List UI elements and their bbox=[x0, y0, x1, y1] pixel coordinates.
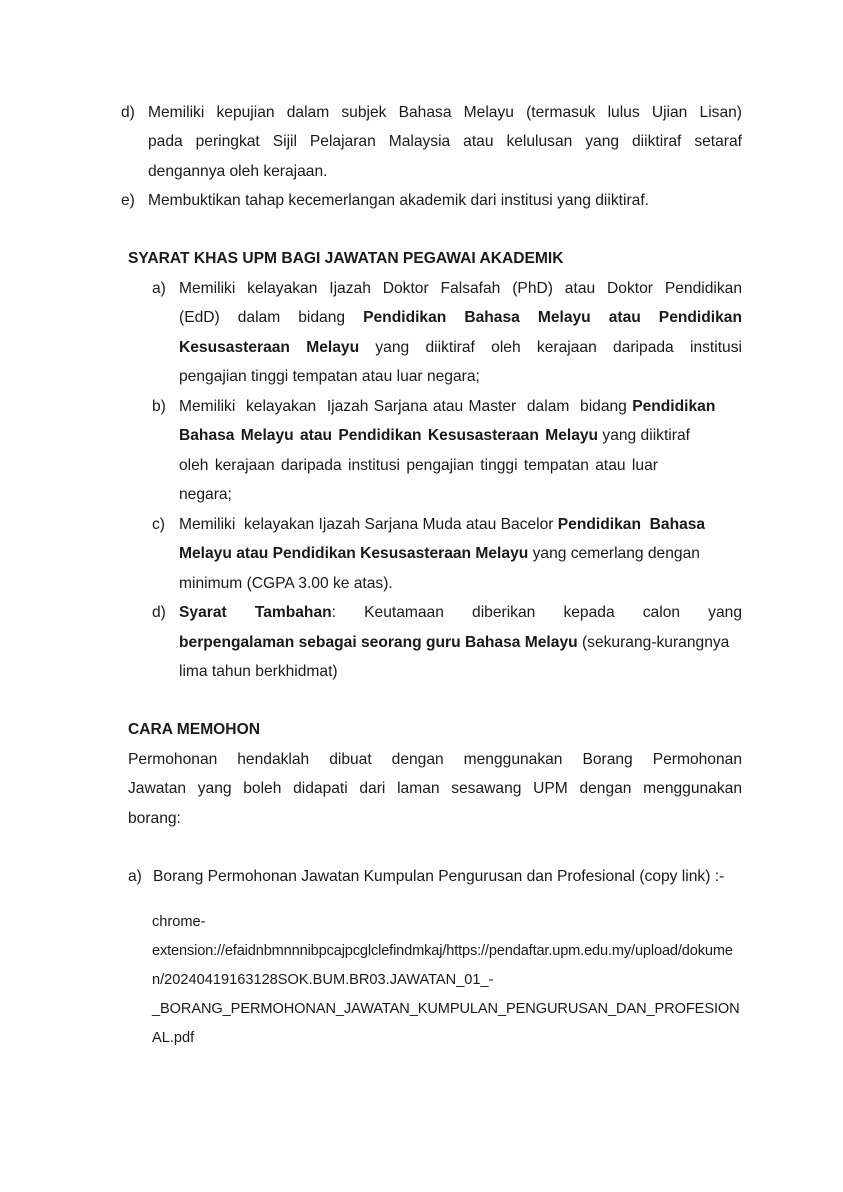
cara-memohon-line-3: borang: bbox=[128, 809, 181, 829]
form-link-line-3[interactable]: n/20240419163128SOK.BUM.BR03.JAWATAN_01_… bbox=[152, 970, 494, 990]
requirement-d-line-3: dengannya oleh kerajaan. bbox=[148, 162, 327, 182]
item-a-line-3: Kesusasteraan Melayu yang diiktiraf oleh… bbox=[179, 338, 742, 358]
bold-text: Melayu atau Pendidikan Kesusasteraan Mel… bbox=[179, 545, 528, 562]
item-b-line-4: negara; bbox=[179, 485, 232, 505]
list-marker: e) bbox=[121, 191, 135, 211]
list-marker: c) bbox=[152, 515, 165, 535]
item-d-line-1: Syarat Tambahan: Keutamaan diberikan kep… bbox=[179, 603, 742, 623]
item-b-line-2: Bahasa Melayu atau Pendidikan Kesusaster… bbox=[179, 426, 690, 446]
text: Memiliki kelayakan Ijazah Sarjana atau M… bbox=[179, 398, 632, 415]
list-marker: a) bbox=[152, 279, 166, 299]
bold-text: Pendidikan bbox=[632, 398, 715, 415]
item-a-line-1: Memiliki kelayakan Ijazah Doktor Falsafa… bbox=[179, 279, 742, 299]
section-heading-cara-memohon: CARA MEMOHON bbox=[128, 720, 260, 740]
bold-text: Kesusasteraan Melayu bbox=[179, 339, 359, 356]
item-c-line-3: minimum (CGPA 3.00 ke atas). bbox=[179, 574, 393, 594]
cara-memohon-line-2: Jawatan yang boleh didapati dari laman s… bbox=[128, 779, 742, 799]
bold-text: Syarat Tambahan bbox=[179, 604, 332, 621]
item-d-line-3: lima tahun berkhidmat) bbox=[179, 662, 338, 682]
requirement-d-line-2: pada peringkat Sijil Pelajaran Malaysia … bbox=[148, 132, 742, 152]
item-a-line-4: pengajian tinggi tempatan atau luar nega… bbox=[179, 367, 480, 387]
item-d-line-2: berpengalaman sebagai seorang guru Bahas… bbox=[179, 633, 729, 653]
item-b-line-1: Memiliki kelayakan Ijazah Sarjana atau M… bbox=[179, 397, 715, 417]
form-link-line-2[interactable]: extension://efaidnbmnnnibpcajpcglclefind… bbox=[152, 941, 733, 961]
text: : Keutamaan diberikan kepada calon yang bbox=[332, 604, 742, 621]
form-item-text: Borang Permohonan Jawatan Kumpulan Pengu… bbox=[153, 867, 724, 887]
list-marker: d) bbox=[121, 103, 135, 123]
text: yang diiktiraf bbox=[598, 427, 690, 444]
list-marker: b) bbox=[152, 397, 166, 417]
item-c-line-1: Memiliki kelayakan Ijazah Sarjana Muda a… bbox=[179, 515, 705, 535]
list-marker: d) bbox=[152, 603, 166, 623]
cara-memohon-line-1: Permohonan hendaklah dibuat dengan mengg… bbox=[128, 750, 742, 770]
bold-text: Pendidikan Bahasa bbox=[558, 516, 705, 533]
form-link-line-1[interactable]: chrome- bbox=[152, 912, 206, 932]
bold-text: berpengalaman sebagai seorang guru Bahas… bbox=[179, 634, 578, 651]
text: yang diiktiraf oleh kerajaan daripada in… bbox=[359, 339, 742, 356]
bold-text: Pendidikan Bahasa Melayu atau Pendidikan bbox=[363, 309, 742, 326]
item-b-line-3: oleh kerajaan daripada institusi pengaji… bbox=[179, 456, 658, 476]
item-a-line-2: (EdD) dalam bidang Pendidikan Bahasa Mel… bbox=[179, 308, 742, 328]
bold-text: Bahasa Melayu atau Pendidikan Kesusaster… bbox=[179, 427, 598, 444]
form-link-line-4[interactable]: _BORANG_PERMOHONAN_JAWATAN_KUMPULAN_PENG… bbox=[152, 999, 740, 1019]
section-heading-syarat-khas: SYARAT KHAS UPM BAGI JAWATAN PEGAWAI AKA… bbox=[128, 249, 564, 269]
requirement-d-line-1: Memiliki kepujian dalam subjek Bahasa Me… bbox=[148, 103, 742, 123]
item-c-line-2: Melayu atau Pendidikan Kesusasteraan Mel… bbox=[179, 544, 700, 564]
list-marker: a) bbox=[128, 867, 142, 887]
form-link-line-5[interactable]: AL.pdf bbox=[152, 1028, 194, 1048]
text: (sekurang-kurangnya bbox=[578, 634, 730, 651]
text: (EdD) dalam bidang bbox=[179, 309, 363, 326]
text: Memiliki kelayakan Ijazah Sarjana Muda a… bbox=[179, 516, 558, 533]
requirement-e-line-1: Membuktikan tahap kecemerlangan akademik… bbox=[148, 191, 649, 211]
text: yang cemerlang dengan bbox=[528, 545, 700, 562]
